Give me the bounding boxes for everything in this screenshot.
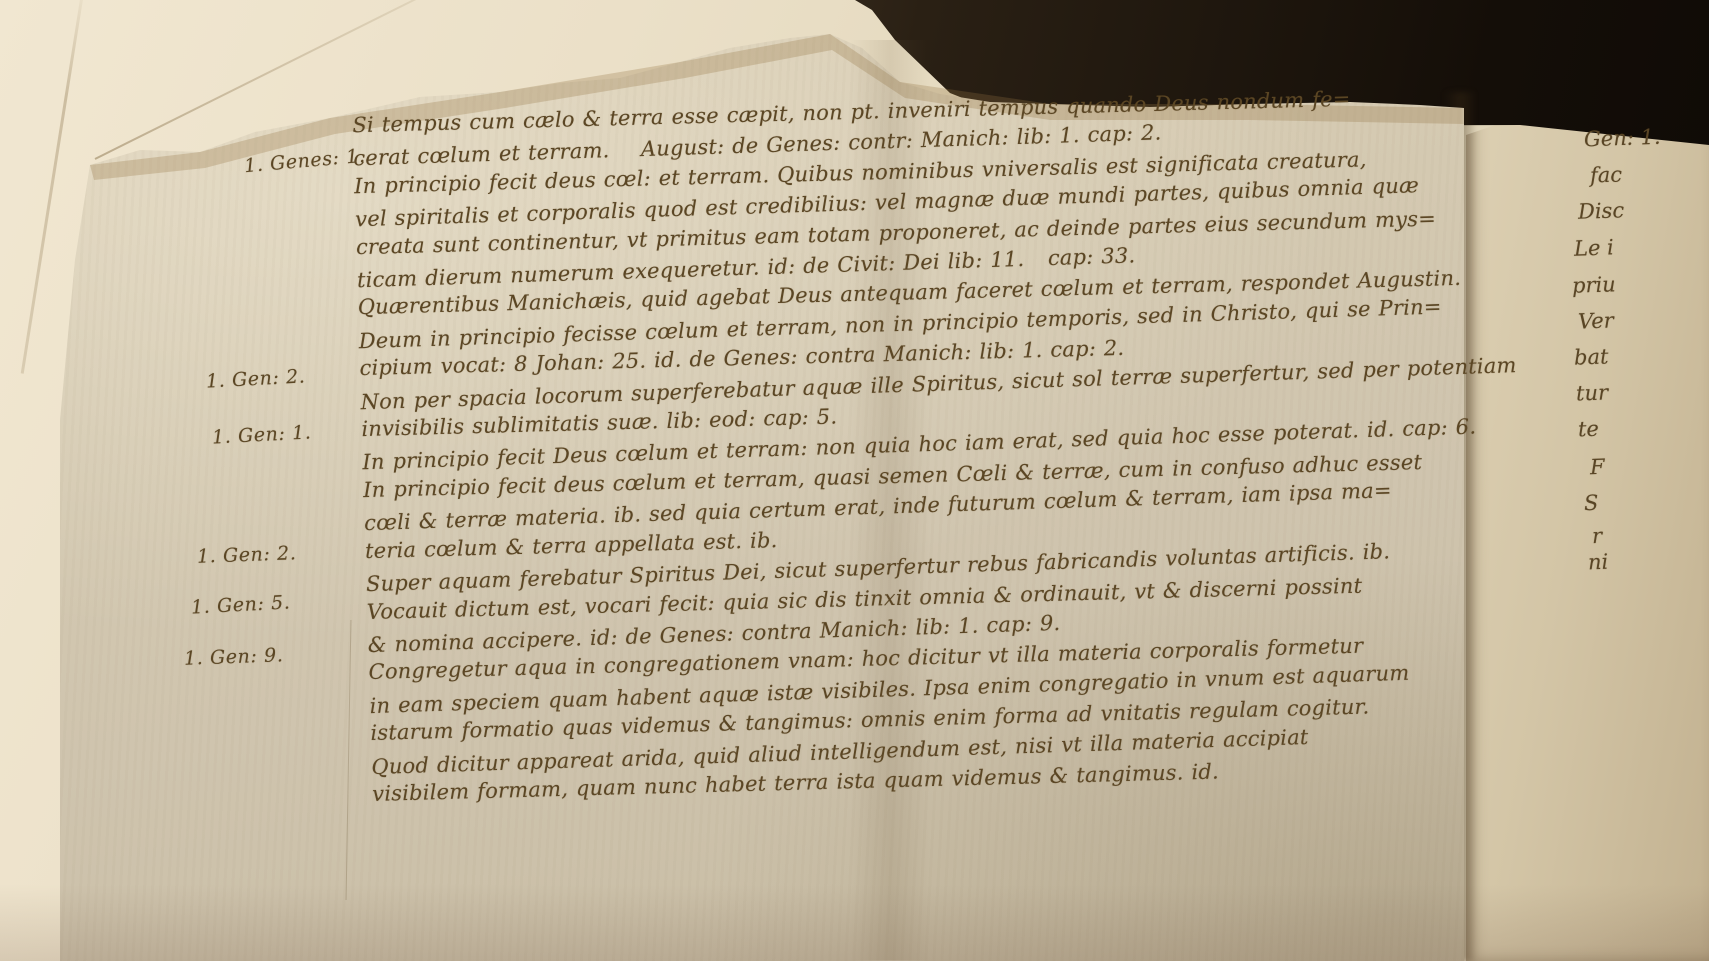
facing-page-fragment: ni xyxy=(1588,550,1609,575)
facing-page-fragment: S xyxy=(1584,491,1599,515)
facing-page-fragment: fac xyxy=(1590,162,1623,187)
facing-page-fragment: F xyxy=(1590,455,1605,479)
facing-page-fragment: bat xyxy=(1574,344,1609,369)
facing-page-fragment: Gen: 1. xyxy=(1584,125,1661,152)
manuscript-text: Si tempus cum cælo & terra esse cæpit, n… xyxy=(352,79,1492,811)
facing-page-fragment: Disc xyxy=(1578,198,1625,224)
facing-page-fragment: Ver xyxy=(1578,308,1615,333)
margin-note: 1. Gen: 9. xyxy=(184,644,284,669)
facing-page-fragment: tur xyxy=(1576,380,1609,405)
facing-page-fragment: te xyxy=(1578,417,1600,442)
facing-page-fragment: r xyxy=(1592,524,1603,548)
facing-page-fragment: Le i xyxy=(1574,235,1615,260)
facing-page-fragment: priu xyxy=(1572,272,1617,298)
manuscript-photo: 1. Genes: 1.1. Gen: 2.1. Gen: 1.1. Gen: … xyxy=(0,0,1709,961)
margin-note: 1. Gen: 2. xyxy=(197,542,297,567)
